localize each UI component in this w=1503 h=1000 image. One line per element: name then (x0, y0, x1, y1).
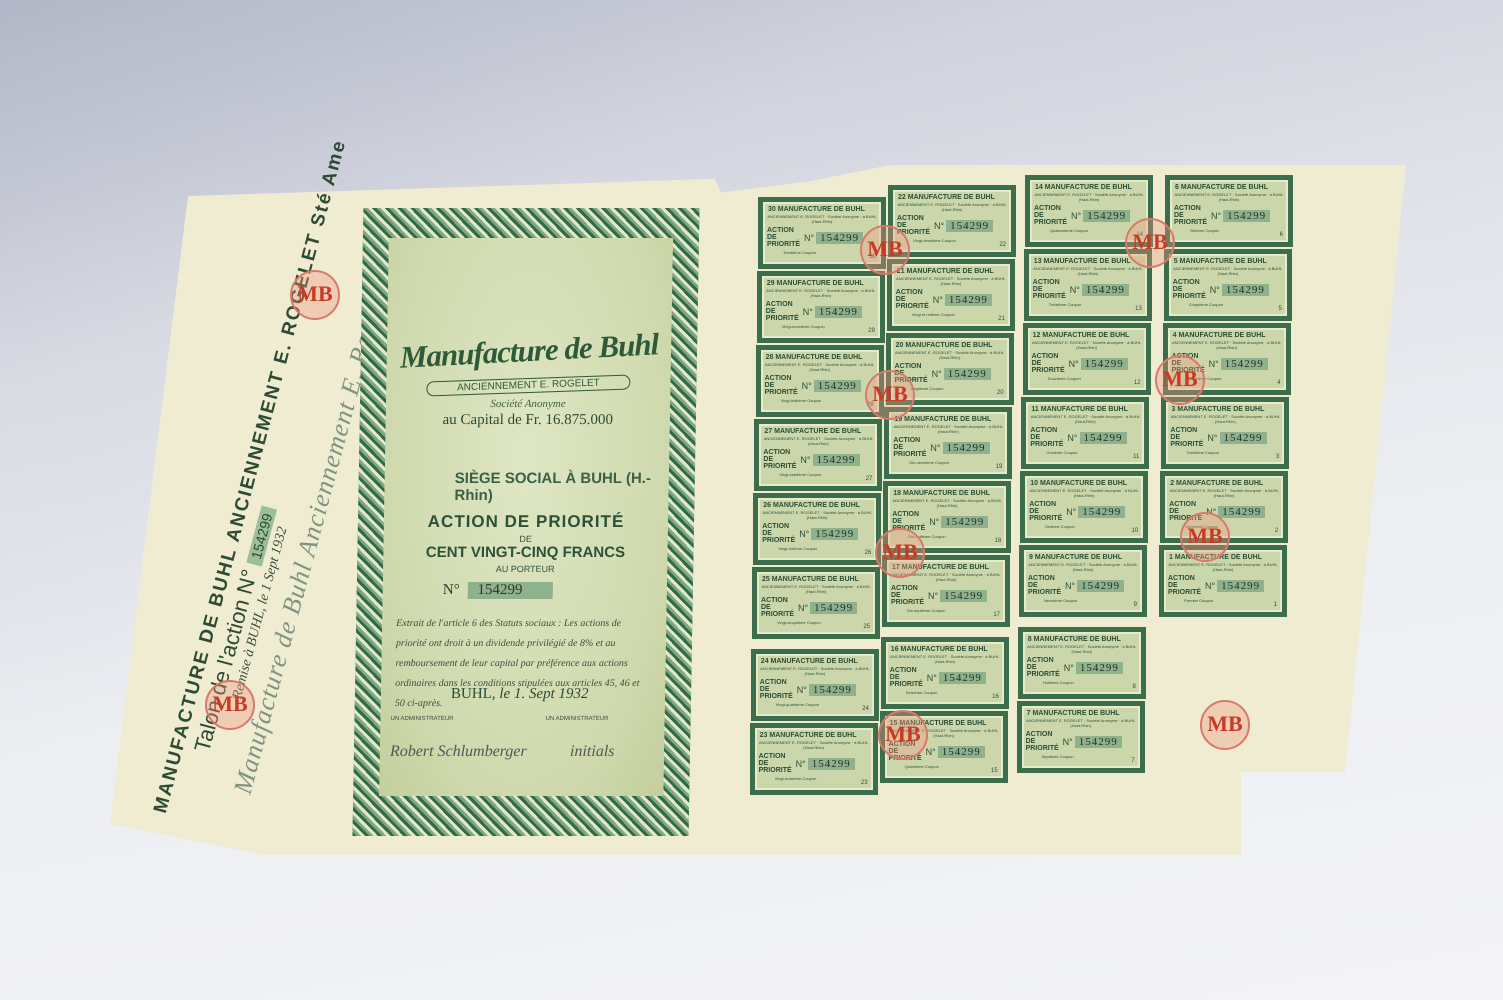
coupon-number: 154299 (1080, 432, 1127, 444)
coupon-index: 3 (1276, 454, 1279, 460)
coupon-index: 24 (862, 706, 869, 712)
action-amount: CENT VINGT-CINQ FRANCS (383, 544, 667, 561)
issue-place-date: BUHL, le 1. Sept 1932 (451, 686, 589, 703)
coupon-header: 18 MANUFACTURE DE BUHL (893, 490, 1006, 497)
coupon-number: 154299 (816, 232, 863, 244)
coupon-ordinal: Huitième Coupon (1043, 680, 1141, 685)
coupon-header: 22 MANUFACTURE DE BUHL (898, 194, 1011, 201)
coupon: 12 MANUFACTURE DE BUHLANCIENNEMENT E. RO… (1023, 323, 1151, 395)
coupon: 19 MANUFACTURE DE BUHLANCIENNEMENT E. RO… (884, 407, 1012, 479)
coupon-subtitle: ANCIENNEMENT E. ROGELET · Société Anonym… (1168, 340, 1286, 350)
capital: au Capital de Fr. 16.875.000 (386, 412, 670, 429)
coupon-header: 10 MANUFACTURE DE BUHL (1030, 480, 1143, 487)
coupon-header: 21 MANUFACTURE DE BUHL (897, 268, 1010, 275)
coupon-number-row: ACTION DE PRIORITÉN°154299 (897, 215, 1011, 236)
coupon-index: 23 (861, 780, 868, 786)
coupon-number-row: ACTION DE PRIORITÉN°154299 (1028, 575, 1142, 596)
certificate-subtitle: ANCIENNEMENT E. ROGELET (426, 374, 630, 396)
coupon-subtitle: ANCIENNEMENT E. ROGELET · Société Anonym… (1165, 488, 1283, 498)
coupon-index: 20 (997, 390, 1004, 396)
coupon-ordinal: Dix-septième Coupon (907, 608, 1005, 613)
coupon-header: 19 MANUFACTURE DE BUHL (894, 416, 1007, 423)
certificate-number-value: 154299 (467, 582, 552, 599)
coupon-header: 9 MANUFACTURE DE BUHL (1029, 554, 1142, 561)
coupon-number-row: ACTION DE PRIORITÉN°154299 (1027, 657, 1141, 678)
registered-seat: SIÈGE SOCIAL À BUHL (H.-Rhin) (454, 470, 669, 504)
coupon-subtitle: ANCIENNEMENT E. ROGELET · Société Anonym… (1164, 562, 1282, 572)
coupon: 16 MANUFACTURE DE BUHLANCIENNEMENT E. RO… (881, 637, 1009, 709)
coupon-number-row: ACTION DE PRIORITÉN°154299 (763, 449, 877, 470)
coupon-subtitle: ANCIENNEMENT E. ROGELET · Société Anonym… (757, 584, 875, 594)
seal-stamp: MB (1180, 512, 1230, 562)
coupon-index: 18 (995, 538, 1002, 544)
coupon-subtitle: ANCIENNEMENT E. ROGELET · Société Anonym… (755, 740, 873, 750)
coupon: 28 MANUFACTURE DE BUHLANCIENNEMENT E. RO… (756, 345, 884, 417)
admin-left-label: UN ADMINISTRATEUR (391, 716, 454, 722)
coupon-number: 154299 (938, 746, 985, 758)
coupon-ordinal: Onzième Coupon (1046, 450, 1144, 455)
coupon-subtitle: ANCIENNEMENT E. ROGELET · Société Anonym… (888, 498, 1006, 508)
coupon-number: 154299 (1217, 580, 1264, 592)
coupon-subtitle: ANCIENNEMENT E. ROGELET · Société Anonym… (892, 276, 1010, 286)
coupon-number-row: ACTION DE PRIORITÉN°154299 (762, 523, 876, 544)
coupon-index: 17 (993, 612, 1000, 618)
seal-stamp: MB (865, 370, 915, 420)
action-title: ACTION DE PRIORITÉ (384, 512, 668, 532)
seal-stamp: MB (1125, 218, 1175, 268)
coupon-sheet: 30 MANUFACTURE DE BUHLANCIENNEMENT E. RO… (750, 175, 1370, 825)
coupon-index: 11 (1133, 454, 1139, 460)
coupon-header: 27 MANUFACTURE DE BUHL (764, 428, 877, 435)
coupon-subtitle: ANCIENNEMENT E. ROGELET · Société Anonym… (1170, 192, 1288, 202)
seal-stamp: MB (290, 270, 340, 320)
coupon-number: 154299 (1081, 358, 1128, 370)
coupon-number: 154299 (939, 672, 986, 684)
coupon: 10 MANUFACTURE DE BUHLANCIENNEMENT E. RO… (1020, 471, 1148, 543)
coupon-index: 2 (1275, 528, 1278, 534)
coupon-index: 7 (1131, 758, 1134, 764)
coupon-ordinal: Dix-huitième Coupon (908, 534, 1006, 539)
coupon-number: 154299 (808, 758, 855, 770)
coupon-header: 24 MANUFACTURE DE BUHL (761, 658, 874, 665)
coupon-number-row: ACTION DE PRIORITÉN°154299 (1034, 205, 1148, 226)
coupon-index: 5 (1278, 306, 1281, 312)
coupon-subtitle: ANCIENNEMENT E. ROGELET · Société Anonym… (1028, 340, 1146, 350)
coupon-number-row: ACTION DE PRIORITÉN°154299 (891, 585, 1005, 606)
coupon-subtitle: ANCIENNEMENT E. ROGELET · Société Anonym… (759, 436, 877, 446)
coupon-ordinal: Vingt-huitième Coupon (781, 398, 879, 403)
coupon-number: 154299 (1220, 432, 1267, 444)
coupon-subtitle: ANCIENNEMENT E. ROGELET · Société Anonym… (1025, 488, 1143, 498)
coupon-ordinal: Cinquième Coupon (1189, 302, 1287, 307)
certificate-number: N° 154299 (443, 582, 553, 599)
coupon: 25 MANUFACTURE DE BUHLANCIENNEMENT E. RO… (752, 567, 880, 639)
coupon-subtitle: ANCIENNEMENT E. ROGELET · Société Anonym… (762, 288, 880, 298)
certificate-body: Manufacture de Buhl ANCIENNEMENT E. ROGE… (379, 238, 673, 796)
coupon-number-row: ACTION DE PRIORITÉN°154299 (765, 375, 879, 396)
signature-left: Robert Schlumberger (390, 743, 527, 761)
coupon-header: 8 MANUFACTURE DE BUHL (1028, 636, 1141, 643)
coupon-ordinal: Treizième Coupon (1049, 302, 1147, 307)
coupon-subtitle: ANCIENNEMENT E. ROGELET · Société Anonym… (763, 214, 881, 224)
coupon-number-row: ACTION DE PRIORITÉN°154299 (1174, 205, 1288, 226)
coupon-number: 154299 (809, 684, 856, 696)
coupon: 23 MANUFACTURE DE BUHLANCIENNEMENT E. RO… (750, 723, 878, 795)
coupon: 21 MANUFACTURE DE BUHLANCIENNEMENT E. RO… (887, 259, 1015, 331)
coupon-number-row: ACTION DE PRIORITÉN°154299 (1033, 279, 1147, 300)
coupon-header: 1 MANUFACTURE DE BUHL (1169, 554, 1282, 561)
coupon-ordinal: Vingt-sixième Coupon (778, 546, 876, 551)
coupon: 11 MANUFACTURE DE BUHLANCIENNEMENT E. RO… (1021, 397, 1149, 469)
coupon-ordinal: Vingtième Coupon (911, 386, 1009, 391)
coupon: 24 MANUFACTURE DE BUHLANCIENNEMENT E. RO… (751, 649, 879, 721)
coupon-number-row: ACTION DE PRIORITÉN°154299 (1029, 501, 1143, 522)
coupon: 6 MANUFACTURE DE BUHLANCIENNEMENT E. ROG… (1165, 175, 1293, 247)
coupon-ordinal: Vingt-troisième Coupon (775, 776, 873, 781)
coupon-subtitle: ANCIENNEMENT E. ROGELET · Société Anonym… (1026, 414, 1144, 424)
coupon-ordinal: Troisième Coupon (1186, 450, 1284, 455)
coupon-number: 154299 (814, 380, 861, 392)
coupon-header: 4 MANUFACTURE DE BUHL (1173, 332, 1286, 339)
coupon-ordinal: Vingt-septième Coupon (779, 472, 877, 477)
signature-right: initials (570, 743, 615, 761)
action-de: DE (384, 534, 668, 544)
coupon-number: 154299 (944, 368, 991, 380)
coupon-number-row: ACTION DE PRIORITÉN°154299 (896, 289, 1010, 310)
bearer-label: AU PORTEUR (383, 564, 667, 574)
coupon-index: 10 (1132, 528, 1139, 534)
coupon-number: 154299 (813, 454, 860, 466)
coupon-number: 154299 (1222, 284, 1269, 296)
coupon-subtitle: ANCIENNEMENT E. ROGELET · Société Anonym… (756, 666, 874, 676)
coupon-index: 25 (863, 624, 870, 630)
coupon-header: 30 MANUFACTURE DE BUHL (768, 206, 881, 213)
coupon-number: 154299 (1075, 736, 1122, 748)
coupon-number-row: ACTION DE PRIORITÉN°154299 (1026, 731, 1140, 752)
coupon-index: 6 (1280, 232, 1283, 238)
coupon-header: 11 MANUFACTURE DE BUHL (1031, 406, 1144, 413)
coupon-ordinal: Vingt-deuxième Coupon (913, 238, 1011, 243)
certificate-title: Manufacture de Buhl (386, 326, 671, 377)
coupon-number: 154299 (1078, 506, 1125, 518)
seal-stamp: MB (878, 710, 928, 760)
seal-stamp: MB (860, 225, 910, 275)
coupon-number: 154299 (1218, 506, 1265, 518)
coupon-subtitle: ANCIENNEMENT E. ROGELET · Société Anonym… (1024, 562, 1142, 572)
coupon-index: 16 (992, 694, 999, 700)
coupon-subtitle: ANCIENNEMENT E. ROGELET · Société Anonym… (761, 362, 879, 372)
coupon-ordinal: Vingt et unième Coupon (912, 312, 1010, 317)
coupon-number-row: ACTION DE PRIORITÉN°154299 (1173, 279, 1287, 300)
coupon-number: 154299 (941, 516, 988, 528)
coupon-subtitle: ANCIENNEMENT E. ROGELET · Société Anonym… (758, 510, 876, 520)
seal-stamp: MB (875, 528, 925, 578)
coupon: 9 MANUFACTURE DE BUHLANCIENNEMENT E. ROG… (1019, 545, 1147, 617)
coupon-subtitle: ANCIENNEMENT E. ROGELET · Société Anonym… (1030, 192, 1148, 202)
coupon-subtitle: ANCIENNEMENT E. ROGELET · Société Anonym… (886, 654, 1004, 664)
coupon-number: 154299 (1083, 210, 1130, 222)
coupon-number: 154299 (815, 306, 862, 318)
coupon: 26 MANUFACTURE DE BUHLANCIENNEMENT E. RO… (753, 493, 881, 565)
admin-right-label: UN ADMINISTRATEUR (546, 716, 609, 722)
coupon-ordinal: Neuvième Coupon (1044, 598, 1142, 603)
coupon-number: 154299 (1077, 580, 1124, 592)
coupon-index: 4 (1277, 380, 1280, 386)
coupon: 1 MANUFACTURE DE BUHLANCIENNEMENT E. ROG… (1159, 545, 1287, 617)
coupon-number-row: ACTION DE PRIORITÉN°154299 (1032, 353, 1146, 374)
coupon-ordinal: Dixième Coupon (1045, 524, 1143, 529)
coupon-number-row: ACTION DE PRIORITÉN°154299 (1168, 575, 1282, 596)
coupon-subtitle: ANCIENNEMENT E. ROGELET · Société Anonym… (1029, 266, 1147, 276)
coupon-index: 21 (998, 316, 1005, 322)
coupon-index: 1 (1274, 602, 1277, 608)
coupon-header: 5 MANUFACTURE DE BUHL (1174, 258, 1287, 265)
coupon-index: 22 (999, 242, 1006, 248)
coupon-number-row: ACTION DE PRIORITÉN°154299 (760, 679, 874, 700)
coupon-ordinal: Premier Coupon (1184, 598, 1282, 603)
coupon-ordinal: Vingt-quatrième Coupon (776, 702, 874, 707)
coupon-number-row: ACTION DE PRIORITÉN°154299 (766, 301, 880, 322)
coupon-header: 29 MANUFACTURE DE BUHL (767, 280, 880, 287)
coupon-ordinal: Vingt-cinquième Coupon (777, 620, 875, 625)
coupon-number: 154299 (945, 294, 992, 306)
coupon-ordinal: Dix-neuvième Coupon (909, 460, 1007, 465)
coupon-number-row: ACTION DE PRIORITÉN°154299 (895, 363, 1009, 384)
coupon-ordinal: Quinzième Coupon (905, 764, 1003, 769)
coupon-index: 12 (1134, 380, 1141, 386)
seal-stamp: MB (1155, 355, 1205, 405)
coupon-subtitle: ANCIENNEMENT E. ROGELET · Société Anonym… (893, 202, 1011, 212)
coupon-ordinal: Vingt-neuvième Coupon (782, 324, 880, 329)
coupon: 29 MANUFACTURE DE BUHLANCIENNEMENT E. RO… (757, 271, 885, 343)
coupon-header: 25 MANUFACTURE DE BUHL (762, 576, 875, 583)
coupon-index: 15 (991, 768, 998, 774)
coupon-index: 19 (996, 464, 1003, 470)
coupon-number: 154299 (810, 602, 857, 614)
coupon-ordinal: Douzième Coupon (1048, 376, 1146, 381)
coupon-number-row: ACTION DE PRIORITÉN°154299 (890, 667, 1004, 688)
coupon-number: 154299 (811, 528, 858, 540)
seal-stamp: MB (1200, 700, 1250, 750)
coupon: 27 MANUFACTURE DE BUHLANCIENNEMENT E. RO… (754, 419, 882, 491)
coupon-header: 3 MANUFACTURE DE BUHL (1171, 406, 1284, 413)
coupon-header: 2 MANUFACTURE DE BUHL (1170, 480, 1283, 487)
company-type: Société Anonyme (386, 398, 670, 410)
coupon-header: 14 MANUFACTURE DE BUHL (1035, 184, 1148, 191)
coupon-index: 29 (868, 328, 875, 334)
coupon-number-row: ACTION DE PRIORITÉN°154299 (761, 597, 875, 618)
coupon-subtitle: ANCIENNEMENT E. ROGELET · Société Anonym… (1166, 414, 1284, 424)
coupon-index: 9 (1134, 602, 1137, 608)
coupon-number: 154299 (946, 220, 993, 232)
coupon-header: 16 MANUFACTURE DE BUHL (891, 646, 1004, 653)
coupon-number-row: ACTION DE PRIORITÉN°154299 (1170, 427, 1284, 448)
coupon-header: 20 MANUFACTURE DE BUHL (896, 342, 1009, 349)
coupon-subtitle: ANCIENNEMENT E. ROGELET · Société Anonym… (891, 350, 1009, 360)
coupon-subtitle: ANCIENNEMENT E. ROGELET · Société Anonym… (1023, 644, 1141, 654)
coupon-index: 27 (866, 476, 873, 482)
coupon-ordinal: Seizième Coupon (906, 690, 1004, 695)
coupon-number-row: ACTION DE PRIORITÉN°154299 (893, 437, 1007, 458)
coupon-number: 154299 (943, 442, 990, 454)
coupon-number: 154299 (1082, 284, 1129, 296)
coupon-header: 12 MANUFACTURE DE BUHL (1033, 332, 1146, 339)
coupon-index: 8 (1132, 684, 1135, 690)
coupon: 5 MANUFACTURE DE BUHLANCIENNEMENT E. ROG… (1164, 249, 1292, 321)
coupon-subtitle: ANCIENNEMENT E. ROGELET · Société Anonym… (1022, 718, 1140, 728)
coupon-ordinal: Septième Coupon (1042, 754, 1140, 759)
coupon-index: 13 (1135, 306, 1142, 312)
coupon-ordinal: Sixième Coupon (1190, 228, 1288, 233)
coupon-number: 154299 (1223, 210, 1270, 222)
coupon-header: 23 MANUFACTURE DE BUHL (760, 732, 873, 739)
coupon-header: 7 MANUFACTURE DE BUHL (1027, 710, 1140, 717)
coupon-subtitle: ANCIENNEMENT E. ROGELET · Société Anonym… (1169, 266, 1287, 276)
coupon-header: 28 MANUFACTURE DE BUHL (766, 354, 879, 361)
coupon-number-row: ACTION DE PRIORITÉN°154299 (759, 753, 873, 774)
coupon-number: 154299 (1221, 358, 1268, 370)
coupon-subtitle: ANCIENNEMENT E. ROGELET · Société Anonym… (889, 424, 1007, 434)
coupon: 8 MANUFACTURE DE BUHLANCIENNEMENT E. ROG… (1018, 627, 1146, 699)
coupon-header: 6 MANUFACTURE DE BUHL (1175, 184, 1288, 191)
coupon-number: 154299 (940, 590, 987, 602)
coupon-header: 26 MANUFACTURE DE BUHL (763, 502, 876, 509)
coupon-number: 154299 (1076, 662, 1123, 674)
certificate-border: Manufacture de Buhl ANCIENNEMENT E. ROGE… (353, 208, 700, 836)
coupon: 3 MANUFACTURE DE BUHLANCIENNEMENT E. ROG… (1161, 397, 1289, 469)
seal-stamp: MB (205, 680, 255, 730)
coupon-number-row: ACTION DE PRIORITÉN°154299 (1030, 427, 1144, 448)
coupon-index: 26 (865, 550, 872, 556)
coupon: 7 MANUFACTURE DE BUHLANCIENNEMENT E. ROG… (1017, 701, 1145, 773)
